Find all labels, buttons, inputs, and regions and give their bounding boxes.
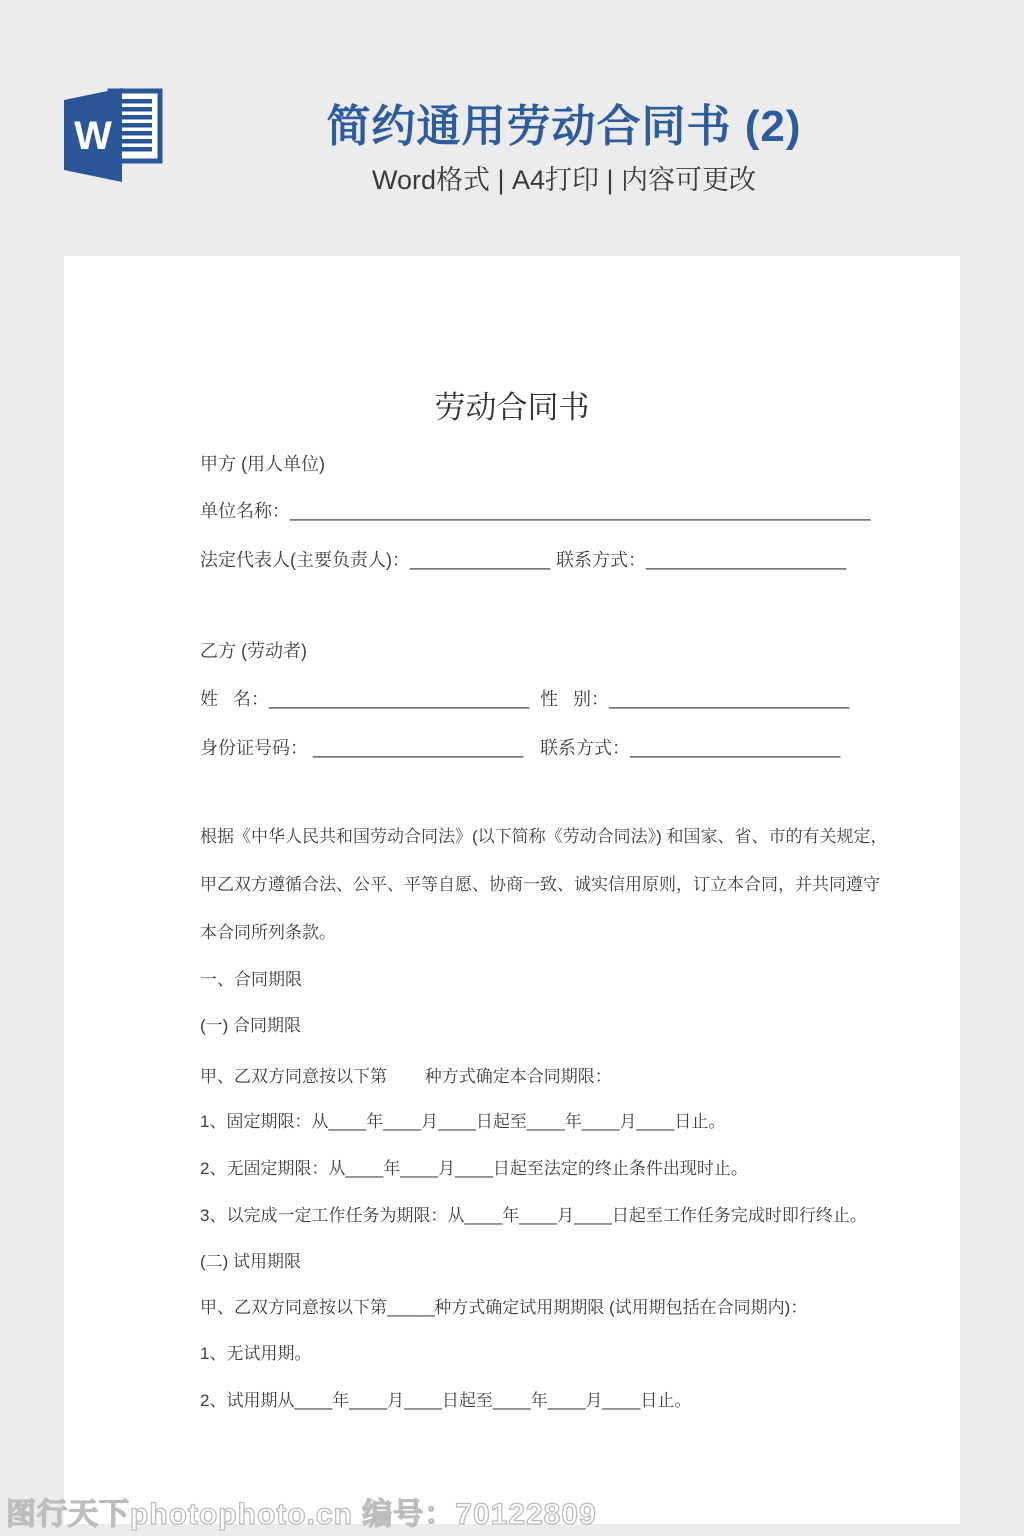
doc-line-legal-rep-contact: 法定代表人(主要负责人)：______________ 联系方式：_______… <box>200 546 840 572</box>
document-page: 劳动合同书 甲方 (用人单位) 单位名称：___________________… <box>64 256 960 1524</box>
word-icon-letter: W <box>74 114 112 158</box>
doc-paragraph-line-2: 甲乙双方遵循合法、公平、平等自愿、协商一致、诚实信用原则，订立本合同，并共同遵守 <box>200 870 840 896</box>
doc-clause-probation-dates: 2、试用期从____年____月____日起至____年____月____日止。 <box>200 1386 840 1412</box>
doc-clause-open-term: 2、无固定期限：从____年____月____日起至法定的终止条件出现时止。 <box>200 1154 840 1180</box>
doc-line-party-a: 甲方 (用人单位) <box>200 450 840 476</box>
contact-field-a: 联系方式：____________________ <box>556 546 846 572</box>
doc-line-party-b: 乙方 (劳动者) <box>200 637 840 663</box>
document-title: 劳动合同书 <box>64 382 960 427</box>
doc-heading-section-1-1: (一) 合同期限 <box>200 1011 840 1037</box>
gender-field: 性 别：________________________ <box>540 685 849 711</box>
id-number-field: 身份证号码： _____________________ <box>200 734 523 760</box>
doc-clause-term-method: 甲、乙双方同意按以下第 种方式确定本合同期限： <box>200 1062 840 1088</box>
doc-clause-probation-method: 甲、乙双方同意按以下第_____种方式确定试用期期限 (试用期包括在合同期内)： <box>200 1293 840 1319</box>
doc-heading-section-1: 一、合同期限 <box>200 965 840 991</box>
doc-heading-section-1-2: (二) 试用期限 <box>200 1247 840 1273</box>
contact-field-b: 联系方式：_____________________ <box>540 734 840 760</box>
legal-rep-field: 法定代表人(主要负责人)：______________ <box>200 546 550 572</box>
watermark-text: 图行天下photophoto.cn 编号：70122809 <box>6 1489 597 1533</box>
preview-background: W 简约通用劳动合同书 (2) Word格式 | A4打印 | 内容可更改 劳动… <box>0 0 1024 1536</box>
doc-clause-task-term: 3、以完成一定工作任务为期限：从____年____月____日起至工作任务完成时… <box>200 1201 840 1227</box>
template-title: 简约通用劳动合同书 (2) <box>198 90 930 154</box>
template-subtitle: Word格式 | A4打印 | 内容可更改 <box>198 158 930 197</box>
word-icon: W <box>64 87 166 183</box>
doc-line-company-name-field: 单位名称：___________________________________… <box>200 497 840 523</box>
doc-line-name-gender: 姓 名：__________________________ 性 别：_____… <box>200 685 840 711</box>
doc-clause-no-probation: 1、无试用期。 <box>200 1339 840 1365</box>
doc-line-id-contact: 身份证号码： _____________________ 联系方式：______… <box>200 734 840 760</box>
name-field: 姓 名：__________________________ <box>200 685 529 711</box>
doc-paragraph-line-3: 本合同所列条款。 <box>200 918 840 944</box>
doc-paragraph-line-1: 根据《中华人民共和国劳动合同法》(以下简称《劳动合同法》) 和国家、省、市的有关… <box>200 822 840 848</box>
doc-clause-fixed-term: 1、固定期限：从____年____月____日起至____年____月____日… <box>200 1107 840 1133</box>
